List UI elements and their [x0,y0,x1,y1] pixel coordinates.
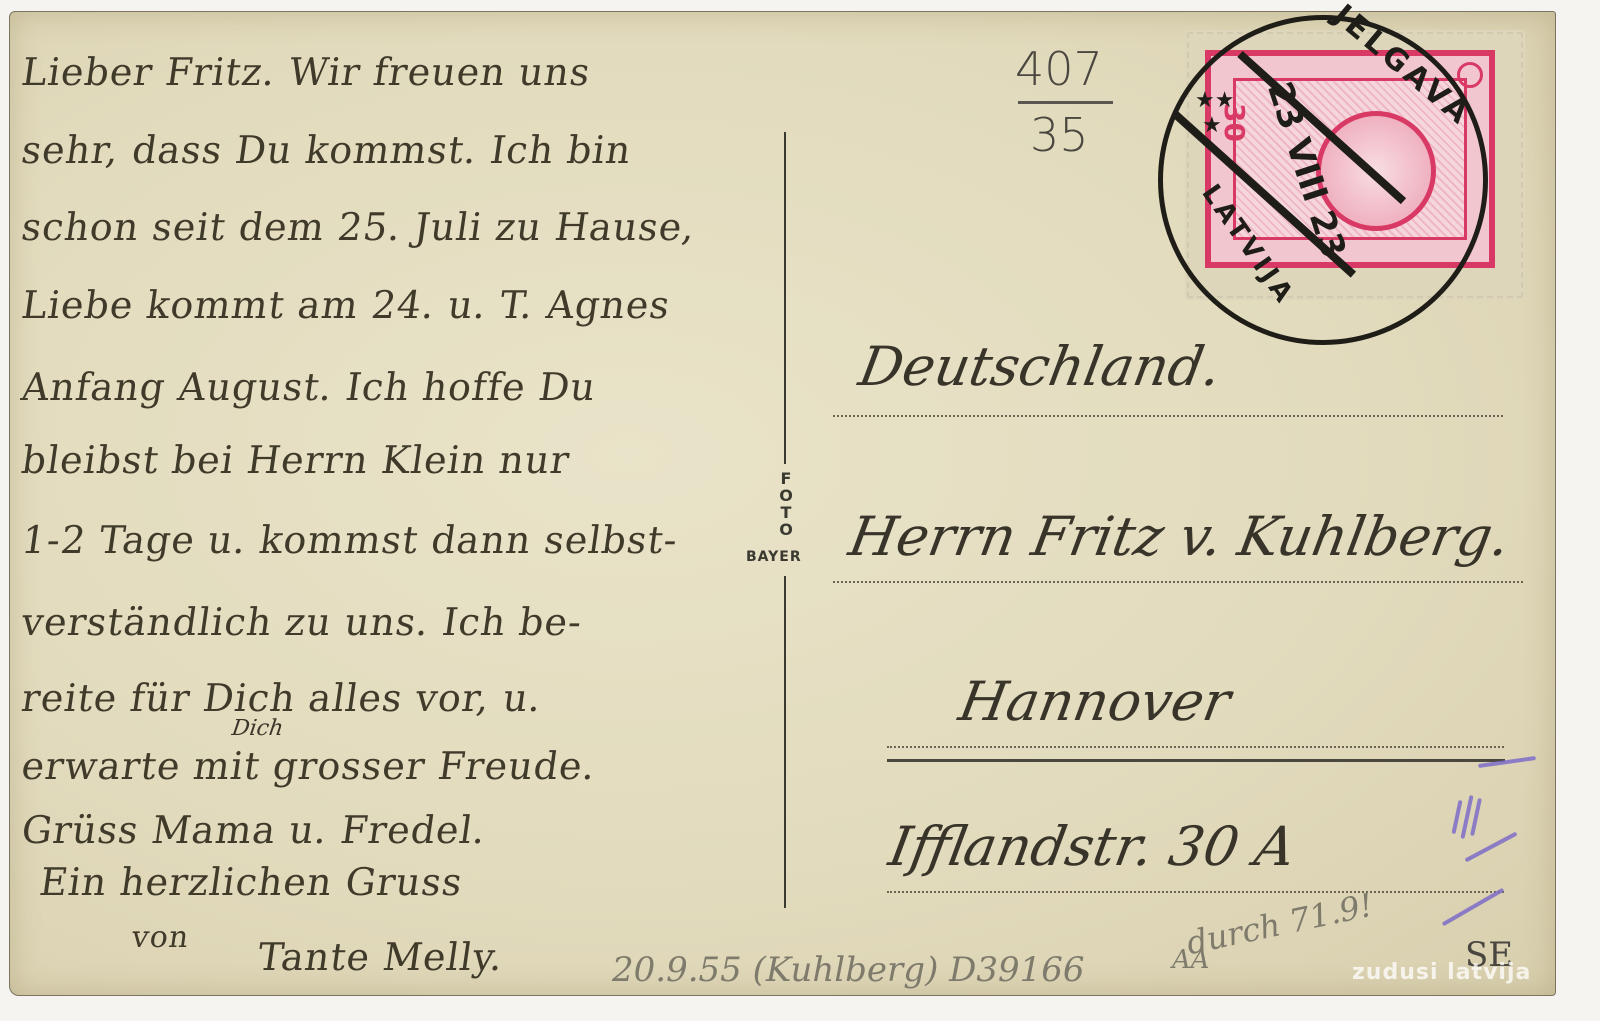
message-line: Grüss Mama u. Fredel. [19,808,489,852]
message-line: verständlich zu uns. Ich be- [19,600,585,644]
address-guide-line [833,415,1503,417]
reference-fraction-bar [1018,101,1113,104]
message-line: schon seit dem 25. Juli zu Hause, [19,205,699,249]
postmark-stars-icon: ★★ ★ [1195,88,1234,138]
address-guide-line [887,891,1504,893]
closing-from: von [130,920,192,955]
signature: Tante Melly. [255,935,507,979]
inserted-word: Dich [230,716,285,741]
message-line: erwarte mit grosser Freude. [19,744,599,788]
message-line: bleibst bei Herrn Klein nur [19,438,573,482]
message-line: Anfang August. Ich hoffe Du [19,365,599,409]
address-country: Deutschland. [854,335,1226,398]
divider-line-bottom [784,576,786,908]
imprint-foto: FOTO [775,470,797,538]
imprint-publisher: BAYER [746,549,802,565]
reference-numerator: 407 [1015,42,1103,96]
address-city-underline [887,759,1505,762]
address-recipient: Herrn Fritz v. Kuhlberg. [844,505,1514,568]
address-guide-line [833,581,1523,583]
address-city: Hannover [954,670,1235,733]
closing-line: Ein herzlichen Gruss [37,860,466,904]
reference-denominator: 35 [1030,108,1089,162]
archive-note: 20.9.55 (Kuhlberg) D39166 [612,950,1085,990]
message-line: 1-2 Tage u. kommst dann selbst- [19,518,681,562]
address-street: Ifflandstr. 30 A [884,815,1300,878]
divider-line-top [784,132,786,464]
message-line: Liebe kommt am 24. u. T. Agnes [19,283,673,327]
message-line: reite für Dich alles vor, u. [19,676,545,720]
watermark: zudusi latvija [1352,960,1531,985]
address-guide-line [887,746,1504,748]
rosette-icon [1457,62,1483,88]
message-line: Lieber Fritz. Wir freuen uns [19,50,594,94]
message-line: sehr, dass Du kommst. Ich bin [19,128,635,172]
